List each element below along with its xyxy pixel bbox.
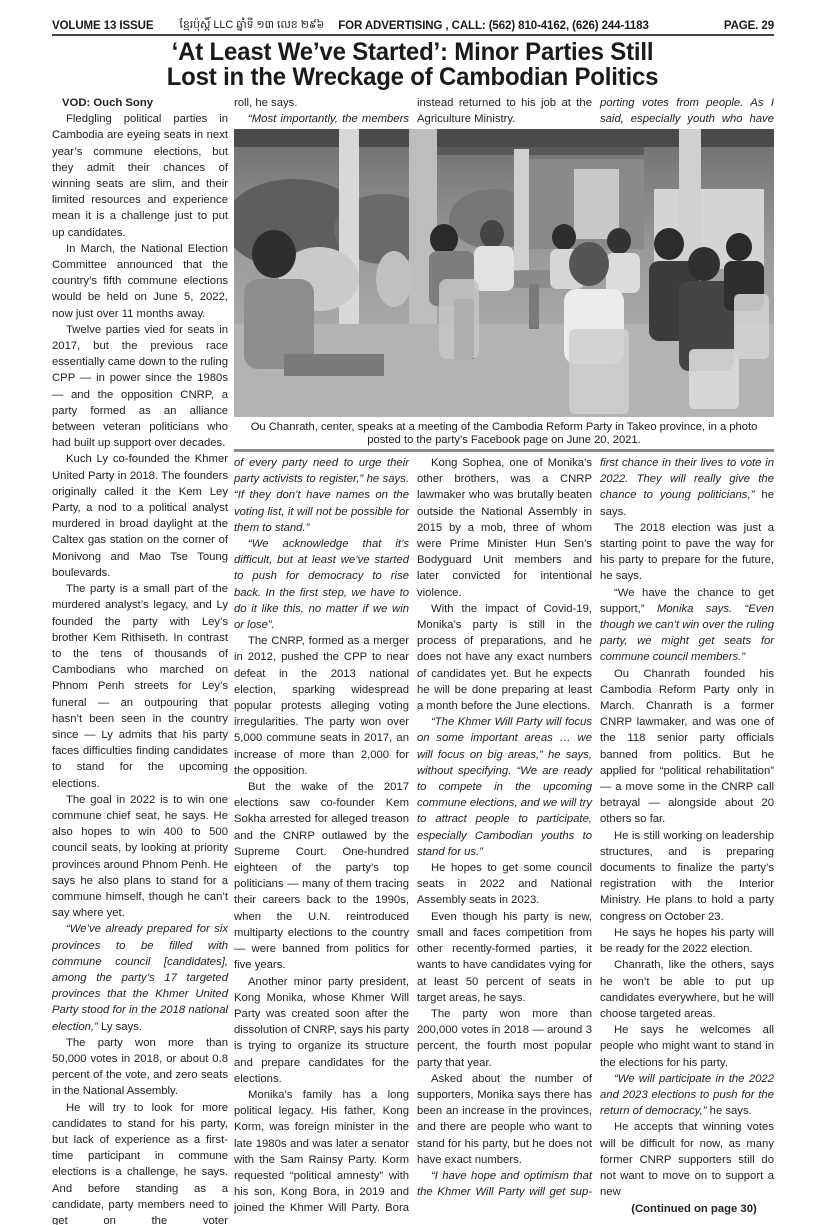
quote-paragraph: “Most importantly, the members xyxy=(234,111,409,127)
attribution: Monika says. xyxy=(645,603,745,615)
quote-paragraph: of every party need to urge their party … xyxy=(234,455,409,536)
paragraph: The 2018 election was just a starting po… xyxy=(600,520,774,585)
meeting-photo-illustration xyxy=(234,129,774,417)
paragraph: Chanrath, like the others, says he won’t… xyxy=(600,957,774,1022)
khmer-masthead: ខ្មែរប៉ុស្តិ៍ LLC ឆ្នាំទី ១៣ លេខ ២៩៦ xyxy=(179,18,324,34)
page-number: PAGE. 29 xyxy=(724,20,774,32)
volume-label: VOLUME 13 ISSUE xyxy=(52,20,153,32)
paragraph: The CNRP, formed as a merger in 2012, pu… xyxy=(234,633,409,779)
paragraph: He says he hopes his party will be ready… xyxy=(600,925,774,957)
article-column-1: VOD: Ouch Sony Fledgling political parti… xyxy=(52,95,228,1225)
paragraph: He accepts that winning votes will be di… xyxy=(600,1119,774,1200)
paragraph: Kuch Ly co-founded the Khmer United Part… xyxy=(52,451,228,581)
paragraph: Even though his party is new, small and … xyxy=(417,909,592,1006)
paragraph: Another minor party president, Kong Moni… xyxy=(234,974,409,1087)
article-column-4: first chance in their lives to vote in 2… xyxy=(600,455,774,1218)
paragraph: Asked about the number of supporters, Mo… xyxy=(417,1071,592,1168)
caption-divider xyxy=(234,449,774,452)
paragraph: He hopes to get some council seats in 20… xyxy=(417,860,592,909)
paragraph: He will try to look for more candidates … xyxy=(52,1100,228,1225)
paragraph: But the wake of the 2017 elections saw c… xyxy=(234,779,409,973)
attribution: Ly says. xyxy=(98,1021,142,1033)
article-column-2-top: roll, he says. “Most importantly, the me… xyxy=(234,95,409,127)
quote-paragraph: “I have hope and optimism that the Khmer… xyxy=(417,1168,592,1200)
caption-line-1: Ou Chanrath, center, speaks at a meeting… xyxy=(234,421,774,434)
paragraph: He says he welcomes all people who might… xyxy=(600,1022,774,1071)
quote-text: first chance in their lives to vote in 2… xyxy=(600,457,774,501)
article-headline: ‘At Least We’ve Started’: Minor Parties … xyxy=(55,40,770,90)
article-column-3: Kong Sophea, one of Monika’s other broth… xyxy=(417,455,592,1200)
page-header: VOLUME 13 ISSUE ខ្មែរប៉ុស្តិ៍ LLC ឆ្នាំទ… xyxy=(52,20,774,36)
byline: VOD: Ouch Sony xyxy=(52,95,228,111)
quote-paragraph: “We have the chance to get support,” Mon… xyxy=(600,585,774,666)
photo-caption: Ou Chanrath, center, speaks at a meeting… xyxy=(234,421,774,447)
paragraph: Twelve parties vied for seats in 2017, b… xyxy=(52,322,228,452)
quote-paragraph: “We acknowledge that it’s difficult, but… xyxy=(234,536,409,633)
paragraph: In March, the National Election Committe… xyxy=(52,241,228,322)
paragraph: The party is a small part of the murdere… xyxy=(52,581,228,792)
attribution: he says. xyxy=(707,1105,752,1117)
paragraph: instead returned to his job at the Agric… xyxy=(417,95,592,127)
article-column-2: of every party need to urge their party … xyxy=(234,455,409,1217)
paragraph: The party won more than 50,000 votes in … xyxy=(52,1035,228,1100)
headline-line-2: Lost in the Wreckage of Cambodian Politi… xyxy=(55,65,770,90)
article-column-3-top: instead returned to his job at the Agric… xyxy=(417,95,592,127)
paragraph: He is still working on leadership struct… xyxy=(600,828,774,925)
article-photo xyxy=(234,129,774,417)
paragraph: Kong Sophea, one of Monika’s other broth… xyxy=(417,455,592,601)
paragraph: With the impact of Covid-19, Monika’s pa… xyxy=(417,601,592,714)
quote-paragraph: “The Khmer Will Party will focus on some… xyxy=(417,714,592,860)
quote-paragraph: “We will participate in the 2022 and 202… xyxy=(600,1071,774,1120)
continued-on-link[interactable]: (Continued on page 30) xyxy=(600,1201,774,1217)
paragraph: Fledgling political parties in Cambodia … xyxy=(52,111,228,241)
quote-text: “We’ve already prepared for six province… xyxy=(52,923,228,1032)
paragraph: Ou Chanrath founded his Cambodia Reform … xyxy=(600,666,774,828)
quote-paragraph: “We’ve already prepared for six province… xyxy=(52,921,228,1034)
paragraph: The goal in 2022 is to win one commune c… xyxy=(52,792,228,922)
quote-paragraph: first chance in their lives to vote in 2… xyxy=(600,455,774,520)
paragraph: roll, he says. xyxy=(234,95,409,111)
headline-line-1: ‘At Least We’ve Started’: Minor Parties … xyxy=(55,40,770,65)
advertising-contact: FOR ADVERTISING , CALL: (562) 810-4162, … xyxy=(338,20,649,32)
caption-line-2: posted to the party’s Facebook page on J… xyxy=(234,434,774,447)
paragraph: Monika’s family has a long political leg… xyxy=(234,1087,409,1217)
paragraph: The party won more than 200,000 votes in… xyxy=(417,1006,592,1071)
